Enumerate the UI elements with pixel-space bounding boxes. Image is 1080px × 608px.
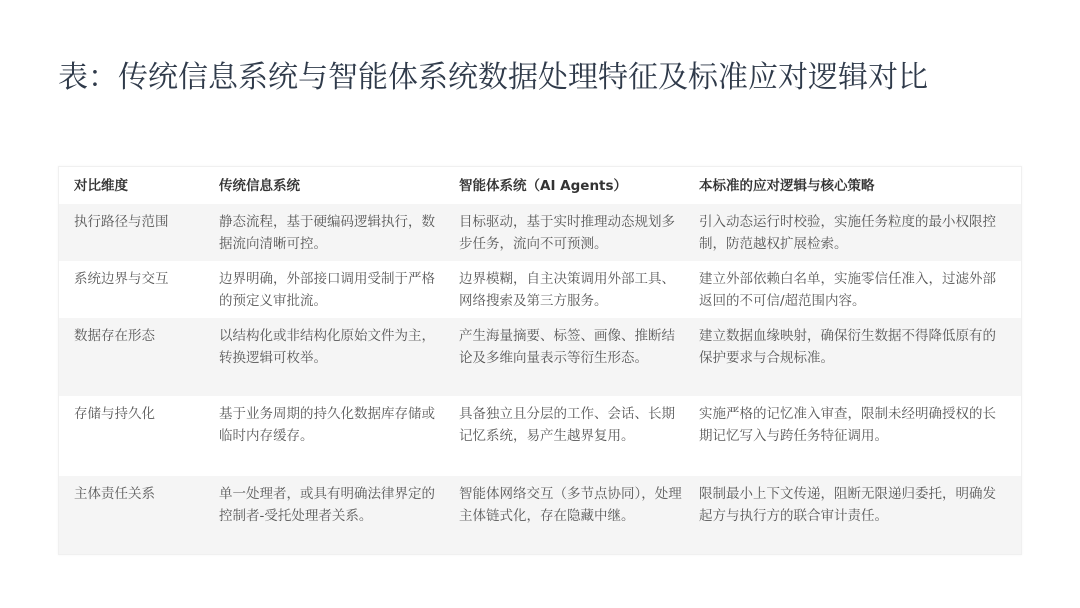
header-standard-strategy: 本标准的应对逻辑与核心策略: [684, 175, 1021, 197]
table-row: 系统边界与交互 边界明确，外部接口调用受制于严格的预定义审批流。 边界模糊，自主…: [59, 261, 1021, 318]
table-row: 执行路径与范围 静态流程，基于硬编码逻辑执行，数据流向清晰可控。 目标驱动，基于…: [59, 204, 1021, 261]
cell-traditional: 基于业务周期的持久化数据库存储或临时内存缓存。: [204, 396, 444, 476]
cell-dimension: 执行路径与范围: [59, 204, 204, 261]
header-dimension: 对比维度: [59, 175, 204, 197]
table-row: 数据存在形态 以结构化或非结构化原始文件为主，转换逻辑可枚举。 产生海量摘要、标…: [59, 318, 1021, 396]
cell-dimension: 存储与持久化: [59, 396, 204, 476]
comparison-table: 对比维度 传统信息系统 智能体系统（AI Agents） 本标准的应对逻辑与核心…: [58, 166, 1022, 555]
table-header-row: 对比维度 传统信息系统 智能体系统（AI Agents） 本标准的应对逻辑与核心…: [59, 167, 1021, 204]
cell-dimension: 系统边界与交互: [59, 261, 204, 318]
cell-ai-agent: 产生海量摘要、标签、画像、推断结论及多维向量表示等衍生形态。: [444, 318, 684, 396]
cell-traditional: 以结构化或非结构化原始文件为主，转换逻辑可枚举。: [204, 318, 444, 396]
cell-strategy: 实施严格的记忆准入审查，限制未经明确授权的长期记忆写入与跨任务特征调用。: [684, 396, 1021, 476]
table-row: 存储与持久化 基于业务周期的持久化数据库存储或临时内存缓存。 具备独立且分层的工…: [59, 396, 1021, 476]
table-row: 主体责任关系 单一处理者，或具有明确法律界定的控制者-受托处理者关系。 智能体网…: [59, 476, 1021, 554]
cell-ai-agent: 智能体网络交互（多节点协同），处理主体链式化，存在隐藏中继。: [444, 476, 684, 554]
cell-dimension: 数据存在形态: [59, 318, 204, 396]
cell-ai-agent: 具备独立且分层的工作、会话、长期记忆系统，易产生越界复用。: [444, 396, 684, 476]
header-ai-agent-system: 智能体系统（AI Agents）: [444, 175, 684, 197]
cell-strategy: 建立数据血缘映射，确保衍生数据不得降低原有的保护要求与合规标准。: [684, 318, 1021, 396]
cell-traditional: 单一处理者，或具有明确法律界定的控制者-受托处理者关系。: [204, 476, 444, 554]
cell-ai-agent: 目标驱动，基于实时推理动态规划多步任务，流向不可预测。: [444, 204, 684, 261]
cell-ai-agent: 边界模糊，自主决策调用外部工具、网络搜索及第三方服务。: [444, 261, 684, 318]
cell-strategy: 限制最小上下文传递，阻断无限递归委托，明确发起方与执行方的联合审计责任。: [684, 476, 1021, 554]
cell-dimension: 主体责任关系: [59, 476, 204, 554]
cell-traditional: 静态流程，基于硬编码逻辑执行，数据流向清晰可控。: [204, 204, 444, 261]
page-title: 表：传统信息系统与智能体系统数据处理特征及标准应对逻辑对比: [58, 52, 928, 96]
cell-traditional: 边界明确，外部接口调用受制于严格的预定义审批流。: [204, 261, 444, 318]
cell-strategy: 建立外部依赖白名单，实施零信任准入，过滤外部返回的不可信/超范围内容。: [684, 261, 1021, 318]
cell-strategy: 引入动态运行时校验，实施任务粒度的最小权限控制，防范越权扩展检索。: [684, 204, 1021, 261]
header-traditional-system: 传统信息系统: [204, 175, 444, 197]
